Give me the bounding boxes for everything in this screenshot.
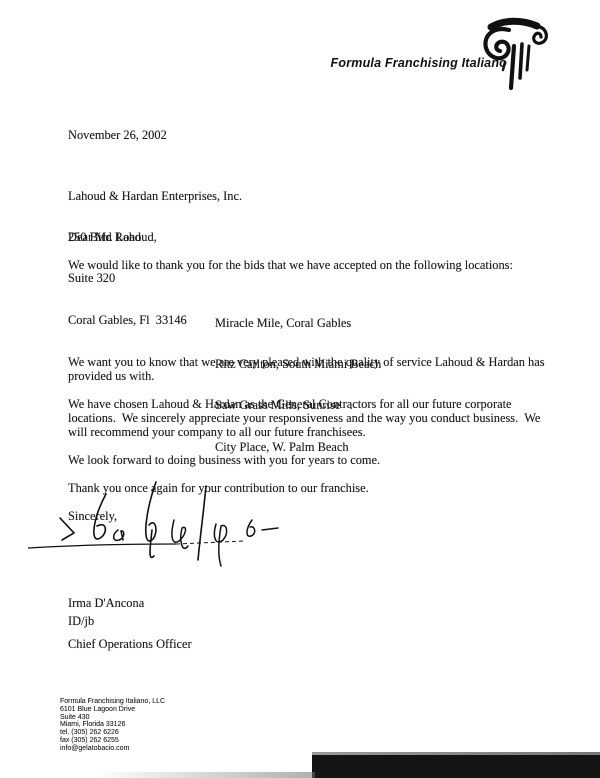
footer-tel: tel. (305) 262 6226 bbox=[60, 729, 165, 737]
footer-company: Formula Franchising Italiano, LLC bbox=[60, 698, 165, 706]
scan-black-bar bbox=[312, 755, 600, 778]
footer-fax: fax (305) 262 6255 bbox=[60, 737, 165, 745]
paragraph-look-forward: We look forward to doing business with y… bbox=[68, 454, 556, 468]
footer-email: info@gelatobacio.com bbox=[60, 745, 165, 753]
paragraph-quality: We want you to know that we are very ple… bbox=[68, 356, 556, 384]
ionic-column-icon bbox=[481, 16, 551, 94]
recipient-name: Lahoud & Hardan Enterprises, Inc. bbox=[68, 190, 556, 204]
paragraph-intro: We would like to thank you for the bids … bbox=[68, 259, 556, 273]
reference-initials: ID/jb bbox=[68, 615, 556, 629]
signer-title: Chief Operations Officer bbox=[68, 638, 556, 652]
recipient-suite: Suite 320 bbox=[68, 272, 556, 286]
letter-date: November 26, 2002 bbox=[68, 129, 556, 143]
scanned-letter-page: Formula Franchising Italiano November 26… bbox=[0, 0, 600, 778]
footer-street: 6101 Blue Lagoon Drive bbox=[60, 706, 165, 714]
scan-smudge bbox=[95, 772, 315, 778]
signature-scribble bbox=[26, 478, 290, 574]
paragraph-contractors: We have chosen Lahoud & Hardan as the Ge… bbox=[68, 398, 556, 439]
salutation: Dear Mr. Lahoud, bbox=[68, 231, 556, 245]
footer-contact-block: Formula Franchising Italiano, LLC 6101 B… bbox=[60, 698, 165, 753]
signer-name: Irma D'Ancona bbox=[68, 597, 556, 611]
location-item: Miracle Mile, Coral Gables bbox=[215, 317, 515, 331]
